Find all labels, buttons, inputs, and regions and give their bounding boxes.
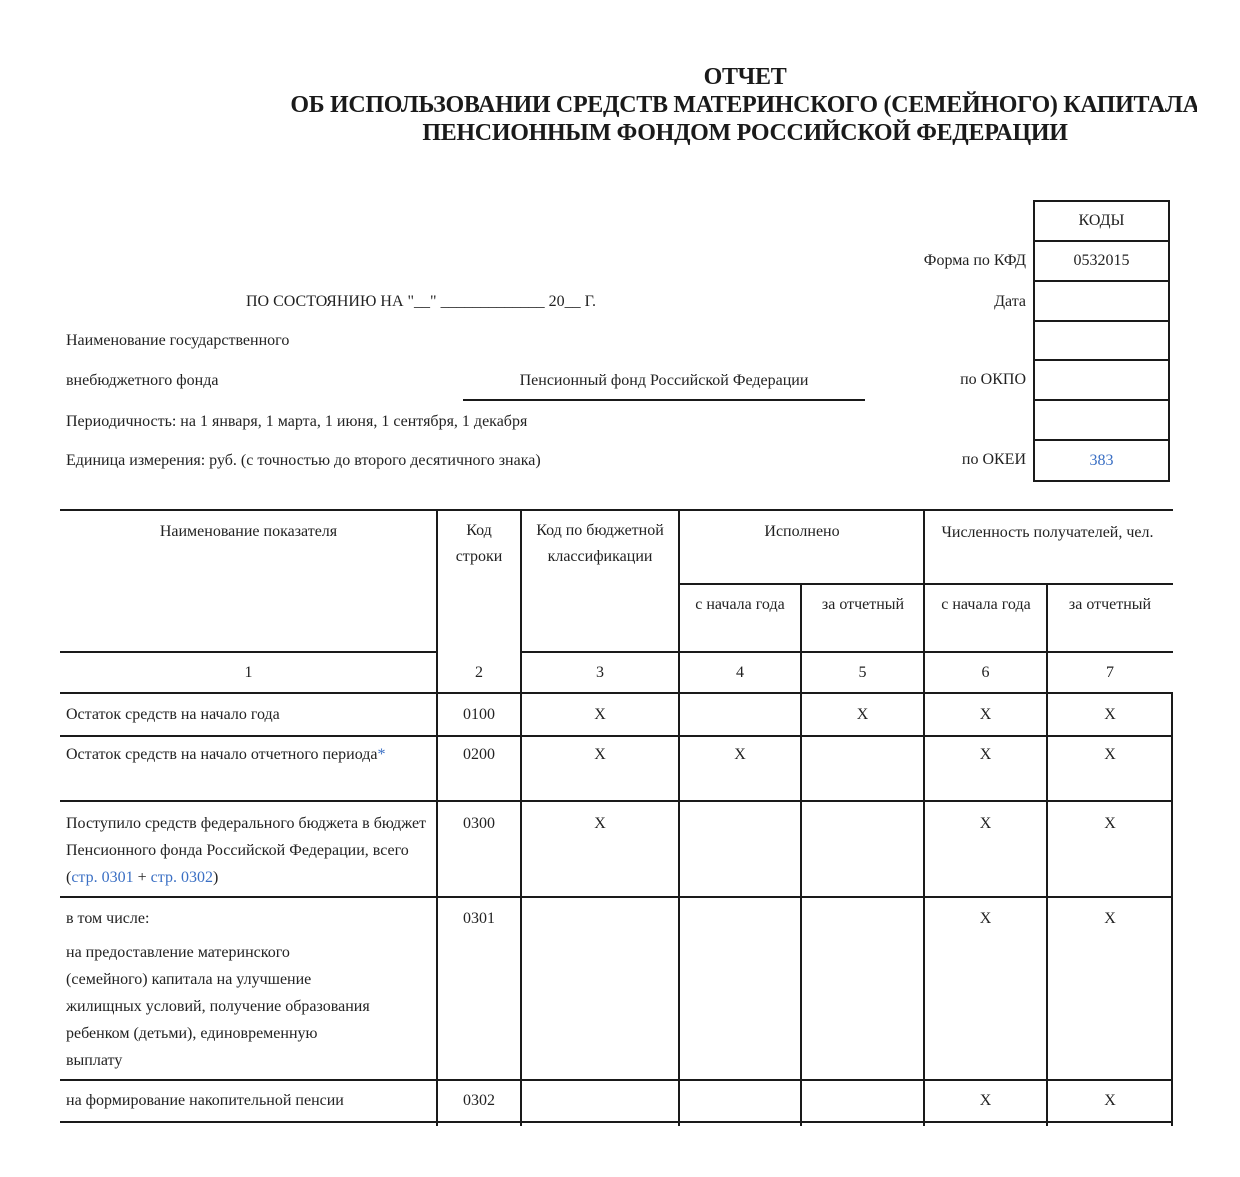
col-header-row-code: Код строки (446, 518, 512, 570)
row-name: на предоставление материнского (семейног… (66, 939, 371, 1074)
col-header-executed-from-year: с начала года (690, 591, 790, 618)
fund-label-2: внебюджетного фонда (66, 372, 218, 390)
codes-box: КОДЫ 0532015 383 (1033, 200, 1170, 482)
cell-budget-code[interactable]: X (521, 741, 679, 768)
label-kfd: Форма по КФД (820, 252, 1026, 270)
label-date: Дата (820, 293, 1026, 311)
col-number: 6 (924, 659, 1047, 686)
row-code: 0100 (437, 701, 521, 728)
cell-recipients-year[interactable]: X (924, 741, 1047, 768)
code-okpo[interactable] (1033, 361, 1170, 401)
row-name-prefix: в том числе: (66, 905, 431, 932)
cell-recipients-period[interactable]: X (1047, 905, 1173, 932)
row-code: 0200 (437, 741, 521, 768)
cell-recipients-year[interactable]: X (924, 1087, 1047, 1114)
row-name: Поступило средств федерального бюджета в… (66, 810, 431, 891)
col-header-name: Наименование показателя (60, 518, 437, 545)
cell-budget-code[interactable]: X (521, 810, 679, 837)
row-name: Остаток средств на начало отчетного пери… (66, 741, 396, 768)
col-header-executed-period: за отчетный (802, 591, 924, 618)
codes-heading: КОДЫ (1033, 200, 1170, 242)
cell-executed-year[interactable]: X (679, 741, 801, 768)
col-number: 5 (801, 659, 924, 686)
code-blank-1[interactable] (1033, 322, 1170, 361)
cell-recipients-period[interactable]: X (1047, 701, 1173, 728)
row-name: на формирование накопительной пенсии (66, 1087, 431, 1114)
row-code: 0301 (437, 905, 521, 932)
cell-recipients-year[interactable]: X (924, 701, 1047, 728)
footnote-link[interactable]: * (377, 746, 385, 763)
fund-label-1: Наименование государственного (66, 332, 289, 350)
title-block: ОТЧЕТ ОБ ИСПОЛЬЗОВАНИИ СРЕДСТВ МАТЕРИНСК… (0, 0, 1197, 170)
col-number: 2 (437, 659, 521, 686)
periodicity: Периодичность: на 1 января, 1 марта, 1 и… (66, 413, 527, 431)
col-number: 7 (1047, 659, 1173, 686)
link-row-0302[interactable]: стр. 0302 (151, 869, 213, 886)
cell-recipients-year[interactable]: X (924, 810, 1047, 837)
fund-underline (463, 399, 865, 401)
code-date[interactable] (1033, 282, 1170, 322)
link-row-0301[interactable]: стр. 0301 (71, 869, 133, 886)
row-name: Остаток средств на начало года (66, 701, 431, 728)
cell-budget-code[interactable]: X (521, 701, 679, 728)
code-blank-2[interactable] (1033, 401, 1170, 441)
row-code: 0302 (437, 1087, 521, 1114)
report-subtitle: ОБ ИСПОЛЬЗОВАНИИ СРЕДСТВ МАТЕРИНСКОГО (С… (0, 92, 1197, 119)
col-header-recipients: Численность получателей, чел. (935, 518, 1160, 548)
col-number: 4 (679, 659, 801, 686)
cell-recipients-period[interactable]: X (1047, 1087, 1173, 1114)
row-code: 0300 (437, 810, 521, 837)
col-header-budget-code: Код по бюджетной классификации (530, 518, 670, 570)
as-of-date: ПО СОСТОЯНИЮ НА "__" _____________ 20__ … (246, 293, 596, 311)
col-header-executed: Исполнено (680, 518, 924, 545)
unit-of-measure: Единица измерения: руб. (с точностью до … (66, 452, 541, 470)
cell-recipients-period[interactable]: X (1047, 810, 1173, 837)
cell-executed-period[interactable]: X (801, 701, 924, 728)
fund-name: Пенсионный фонд Российской Федерации (464, 372, 864, 390)
label-okei: по ОКЕИ (820, 451, 1026, 469)
code-okei[interactable]: 383 (1033, 441, 1170, 482)
cell-recipients-period[interactable]: X (1047, 741, 1173, 768)
col-number: 3 (521, 659, 679, 686)
code-kfd[interactable]: 0532015 (1033, 242, 1170, 282)
col-number: 1 (60, 659, 437, 686)
cell-recipients-year[interactable]: X (924, 905, 1047, 932)
report-subtitle-2: ПЕНСИОННЫМ ФОНДОМ РОССИЙСКОЙ ФЕДЕРАЦИИ (0, 120, 1197, 147)
col-header-recipients-from-year: с начала года (925, 591, 1047, 618)
report-title: ОТЧЕТ (0, 64, 1197, 91)
col-header-recipients-period: за отчетный (1048, 591, 1172, 618)
